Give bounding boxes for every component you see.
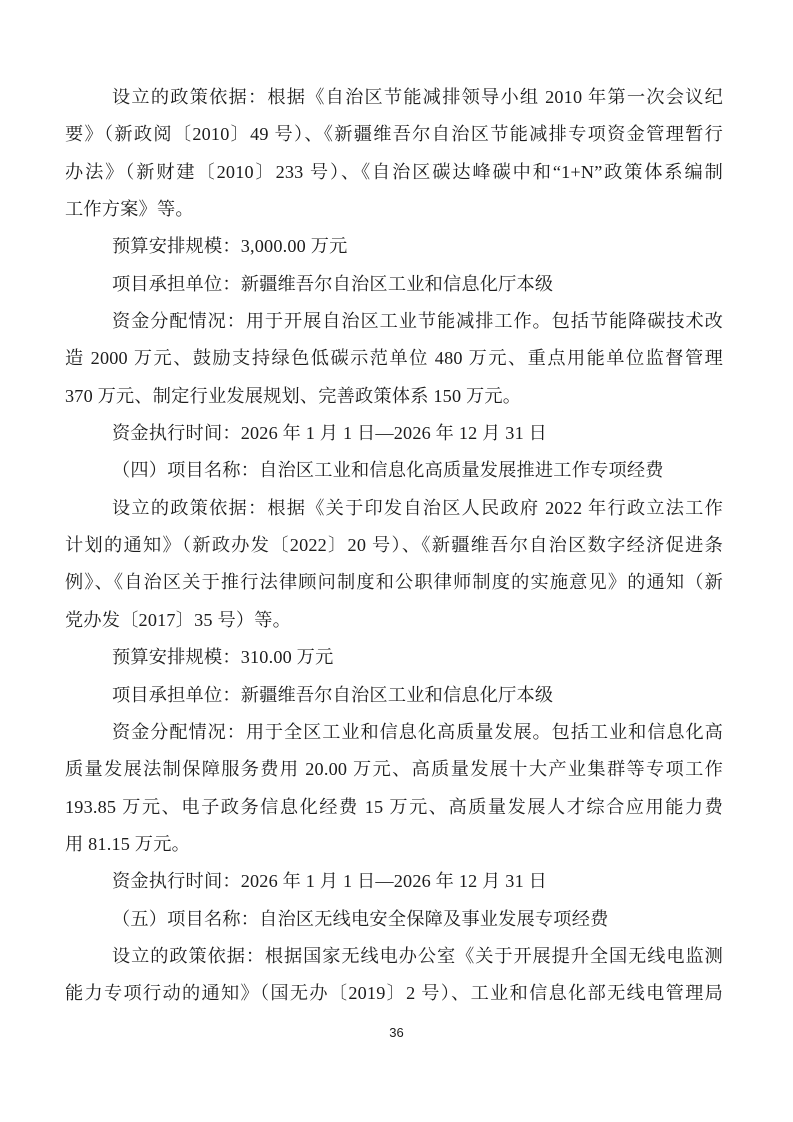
page-number: 36	[0, 1025, 793, 1040]
text-line: 193.85 万元、电子政务信息化经费 15 万元、高质量发展人才综合应用能力费	[65, 789, 723, 826]
text-line: （四）项目名称：自治区工业和信息化高质量发展推进工作专项经费	[65, 452, 723, 489]
text-line: 设立的政策依据：根据国家无线电办公室《关于开展提升全国无线电监测	[65, 938, 723, 975]
text-line: 例》、《自治区关于推行法律顾问制度和公职律师制度的实施意见》的通知（新	[65, 564, 723, 601]
text-line: 工作方案》等。	[65, 191, 723, 228]
text-line: 资金执行时间：2026 年 1 月 1 日—2026 年 12 月 31 日	[65, 863, 723, 900]
text-line: 资金分配情况：用于全区工业和信息化高质量发展。包括工业和信息化高	[65, 714, 723, 751]
text-line: 能力专项行动的通知》（国无办〔2019〕2 号）、工业和信息化部无线电管理局	[65, 975, 723, 1012]
text-line: 370 万元、制定行业发展规划、完善政策体系 150 万元。	[65, 378, 723, 415]
text-line: （五）项目名称：自治区无线电安全保障及事业发展专项经费	[65, 901, 723, 938]
text-line: 资金分配情况：用于开展自治区工业节能减排工作。包括节能降碳技术改	[65, 303, 723, 340]
text-line: 预算安排规模：310.00 万元	[65, 639, 723, 676]
text-line: 党办发〔2017〕35 号）等。	[65, 602, 723, 639]
document-page: 设立的政策依据：根据《自治区节能减排领导小组 2010 年第一次会议纪要》（新政…	[0, 0, 793, 1122]
text-line: 项目承担单位：新疆维吾尔自治区工业和信息化厅本级	[65, 677, 723, 714]
text-line: 设立的政策依据：根据《关于印发自治区人民政府 2022 年行政立法工作	[65, 490, 723, 527]
text-line: 资金执行时间：2026 年 1 月 1 日—2026 年 12 月 31 日	[65, 415, 723, 452]
text-line: 用 81.15 万元。	[65, 826, 723, 863]
text-line: 质量发展法制保障服务费用 20.00 万元、高质量发展十大产业集群等专项工作	[65, 751, 723, 788]
text-line: 造 2000 万元、鼓励支持绿色低碳示范单位 480 万元、重点用能单位监督管理	[65, 340, 723, 377]
text-line: 设立的政策依据：根据《自治区节能减排领导小组 2010 年第一次会议纪	[65, 79, 723, 116]
text-line: 办法》（新财建〔2010〕233 号）、《自治区碳达峰碳中和“1+N”政策体系编…	[65, 154, 723, 191]
text-line: 要》（新政阅〔2010〕49 号）、《新疆维吾尔自治区节能减排专项资金管理暂行	[65, 116, 723, 153]
text-line: 计划的通知》（新政办发〔2022〕20 号）、《新疆维吾尔自治区数字经济促进条	[65, 527, 723, 564]
text-body: 设立的政策依据：根据《自治区节能减排领导小组 2010 年第一次会议纪要》（新政…	[65, 79, 723, 1013]
text-line: 预算安排规模：3,000.00 万元	[65, 228, 723, 265]
text-line: 项目承担单位：新疆维吾尔自治区工业和信息化厅本级	[65, 266, 723, 303]
